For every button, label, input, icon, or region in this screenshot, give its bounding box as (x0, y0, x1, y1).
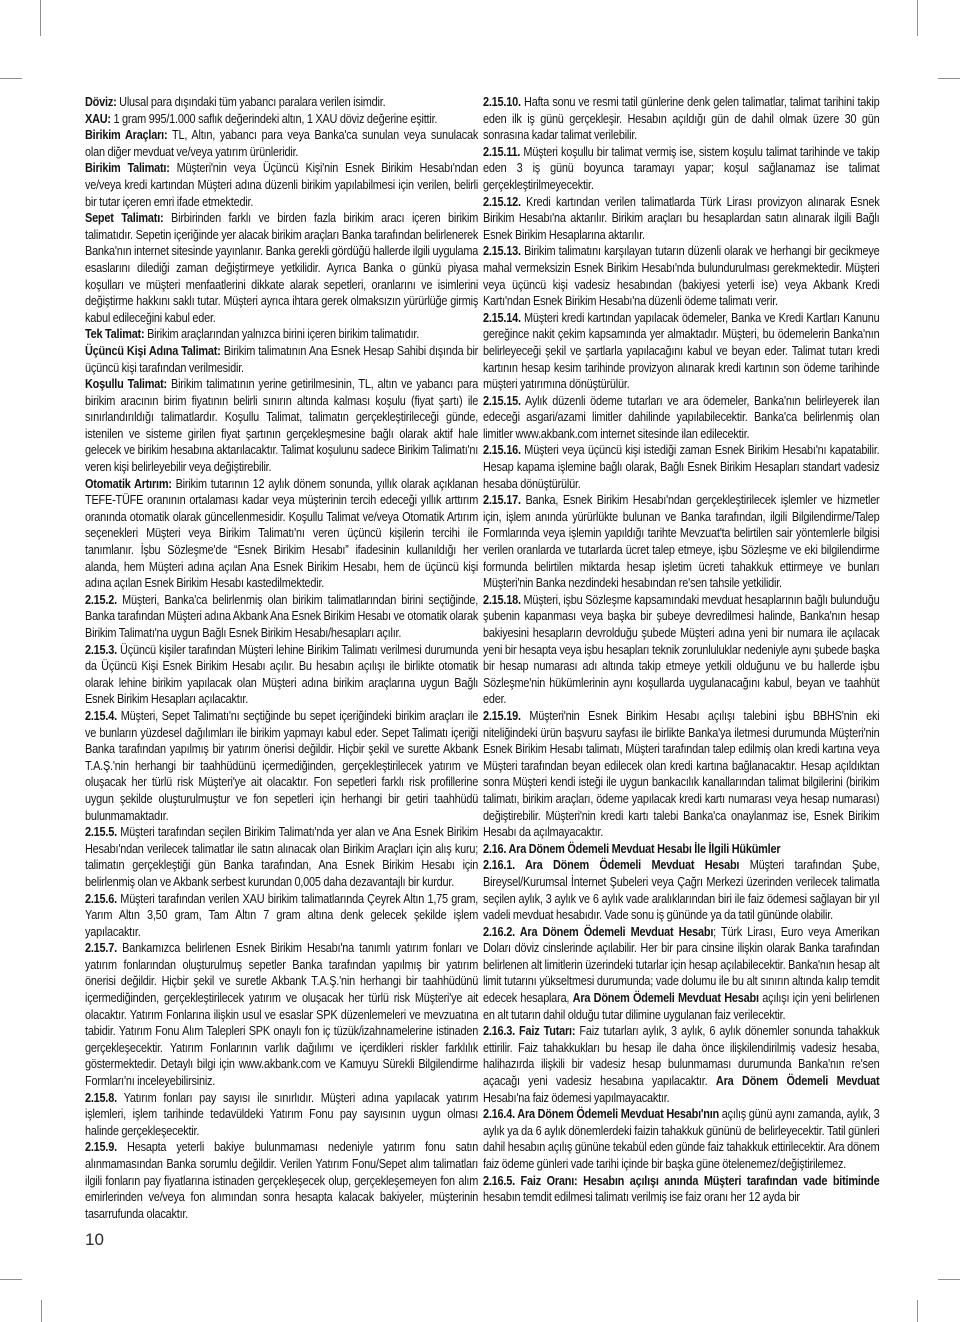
body-text: Müşteri, işbu Sözleşme kapsamındaki mevd… (483, 592, 879, 707)
bold-lead-text: Birikim Talimatı: (85, 160, 170, 175)
paragraph: 2.15.11. Müşteri koşullu bir talimat ver… (483, 144, 879, 194)
body-text: Birikim talimatını karşılayan tutarın dü… (483, 243, 879, 308)
body-text: Bankamızca belirlenen Esnek Birikim Hesa… (85, 940, 478, 1088)
paragraph: 2.15.4. Müşteri, Sepet Talimatı'nı seçti… (85, 708, 478, 824)
bold-lead-text: XAU: (85, 111, 111, 126)
bold-lead-text: 2.16.5. Faiz Oranı: Hesabın açılışı anın… (483, 1173, 879, 1188)
bold-lead-text: 2.15.13. (483, 243, 521, 258)
bold-lead-text: 2.16.2. Ara Dönem Ödemeli Mevduat Hesabı (483, 924, 713, 939)
paragraph: 2.15.8. Yatırım fonları pay sayısı ile s… (85, 1090, 478, 1140)
bold-lead-text: Döviz: (85, 94, 117, 109)
body-text: Birbirinden farklı ve birden fazla birik… (85, 210, 478, 325)
crop-mark-top-right-vertical (917, 0, 918, 36)
bold-lead-text: 2.15.16. (483, 442, 521, 457)
bold-lead-text: 2.15.19. (483, 708, 521, 723)
bold-lead-text: 2.15.6. (85, 891, 117, 906)
bold-lead-text: Otomatik Artırım: (85, 476, 172, 491)
body-text: Kredi kartından verilen talimatlarda Tür… (483, 194, 879, 242)
body-text: 1 gram 995/1.000 saflık değerindeki altı… (111, 111, 437, 126)
paragraph: 2.16.5. Faiz Oranı: Hesabın açılışı anın… (483, 1173, 879, 1206)
paragraph: 2.16.3. Faiz Tutarı: Faiz tutarları aylı… (483, 1023, 879, 1106)
body-text: Üçüncü kişiler tarafından Müşteri lehine… (85, 642, 478, 707)
crop-mark-top-left-horizontal (0, 78, 22, 79)
crop-mark-top-left-vertical (40, 0, 41, 36)
paragraph: 2.15.13. Birikim talimatını karşılayan t… (483, 243, 879, 309)
bold-lead-text: 2.15.4. (85, 708, 117, 723)
body-text: Müşteri tarafından seçilen Birikim Talim… (85, 824, 478, 889)
body-text: Yatırım fonları pay sayısı ile sınırlıdı… (85, 1090, 478, 1138)
paragraph: Koşullu Talimat: Birikim talimatının yer… (85, 376, 478, 476)
paragraph: Üçüncü Kişi Adına Talimat: Birikim talim… (85, 343, 478, 376)
body-text: Müşteri kredi kartından yapılacak ödemel… (483, 310, 879, 391)
crop-mark-top-right-horizontal (938, 78, 960, 79)
body-text: Müşteri'nin Esnek Birikim Hesabı açılışı… (483, 708, 879, 839)
paragraph: Otomatik Artırım: Birikim tutarının 12 a… (85, 476, 478, 592)
paragraph: 2.16.4. Ara Dönem Ödemeli Mevduat Hesabı… (483, 1106, 879, 1172)
bold-lead-text: Üçüncü Kişi Adına Talimat: (85, 343, 221, 358)
paragraph: XAU: 1 gram 995/1.000 saflık değerindeki… (85, 111, 478, 128)
bold-lead-text: Koşullu Talimat: (85, 376, 167, 391)
bold-lead-text: 2.15.15. (483, 393, 521, 408)
paragraph: 2.15.18. Müşteri, işbu Sözleşme kapsamın… (483, 592, 879, 708)
paragraph: Döviz: Ulusal para dışındaki tüm yabancı… (85, 94, 478, 111)
body-text: Aylık düzenli ödeme tutarları ve ara öde… (483, 393, 879, 441)
body-text: Hafta sonu ve resmi tatil günlerine denk… (483, 94, 879, 142)
bold-lead-text: Ara Dönem Ödemeli Mevduat Hesabı (573, 990, 759, 1005)
text-column-left: Döviz: Ulusal para dışındaki tüm yabancı… (85, 94, 478, 1222)
bold-lead-text: Tek Talimat: (85, 326, 144, 341)
bold-lead-text: Ara Dönem Ödemeli Mevduat (716, 1073, 880, 1088)
paragraph: 2.15.16. Müşteri veya üçüncü kişi istedi… (483, 442, 879, 492)
paragraph: 2.15.17. Banka, Esnek Birikim Hesabı'nda… (483, 492, 879, 592)
paragraph: 2.15.3. Üçüncü kişiler tarafından Müşter… (85, 642, 478, 708)
crop-mark-bottom-left-horizontal (0, 1279, 22, 1280)
bold-lead-text: 2.15.11. (483, 144, 520, 159)
crop-mark-bottom-right-horizontal (938, 1279, 960, 1280)
paragraph: 2.16.1. Ara Dönem Ödemeli Mevduat Hesabı… (483, 857, 879, 923)
bold-lead-text: 2.16.3. Faiz Tutarı: (483, 1023, 575, 1038)
paragraph: 2.15.2. Müşteri, Banka'ca belirlenmiş ol… (85, 592, 478, 642)
bold-lead-text: 2.16.1. Ara Dönem Ödemeli Mevduat Hesabı (483, 857, 739, 872)
paragraph: Birikim Araçları: TL, Altın, yabancı par… (85, 127, 478, 160)
paragraph: 2.15.7. Bankamızca belirlenen Esnek Biri… (85, 940, 478, 1089)
page-number: 10 (85, 1230, 104, 1250)
bold-lead-text: 2.15.2. (85, 592, 117, 607)
bold-lead-text: 2.15.9. (85, 1139, 117, 1154)
paragraph: 2.15.19. Müşteri'nin Esnek Birikim Hesab… (483, 708, 879, 841)
paragraph: 2.15.15. Aylık düzenli ödeme tutarları v… (483, 393, 879, 443)
paragraph: 2.15.5. Müşteri tarafından seçilen Birik… (85, 824, 478, 890)
crop-mark-bottom-right-vertical (917, 1300, 918, 1322)
bold-lead-text: 2.15.5. (85, 824, 117, 839)
paragraph: 2.15.9. Hesapta yeterli bakiye bulunmama… (85, 1139, 478, 1222)
bold-lead-text: 2.16.4. Ara Dönem Ödemeli Mevduat Hesabı… (483, 1106, 719, 1121)
bold-lead-text: 2.15.8. (85, 1090, 117, 1105)
paragraph: Birikim Talimatı: Müşteri'nin veya Üçünc… (85, 160, 478, 210)
bold-lead-text: Sepet Talimatı: (85, 210, 163, 225)
body-text: Müşteri veya üçüncü kişi istediği zaman … (483, 442, 879, 490)
body-text: Müşteri tarafından verilen XAU birikim t… (85, 891, 478, 939)
body-text: hesabın temdit edilmesi talimatı verilmi… (483, 1189, 800, 1204)
paragraph: 2.15.10. Hafta sonu ve resmi tatil günle… (483, 94, 879, 144)
body-text: Müşteri, Sepet Talimatı'nı seçtiğinde bu… (85, 708, 478, 823)
paragraph: 2.15.6. Müşteri tarafından verilen XAU b… (85, 891, 478, 941)
body-text: Hesapta yeterli bakiye bulunmaması neden… (85, 1139, 478, 1220)
bold-lead-text: 2.15.7. (85, 940, 117, 955)
section-heading: 2.16. Ara Dönem Ödemeli Mevduat Hesabı İ… (483, 841, 879, 858)
body-text: Birikim tutarının 12 aylık dönem sonunda… (85, 476, 478, 591)
bold-lead-text: 2.15.10. (483, 94, 521, 109)
paragraph: 2.15.14. Müşteri kredi kartından yapılac… (483, 310, 879, 393)
bold-lead-text: 2.15.12. (483, 194, 521, 209)
paragraph: Sepet Talimatı: Birbirinden farklı ve bi… (85, 210, 478, 326)
body-text: Birikim araçlarından yalnızca birini içe… (144, 326, 419, 341)
bold-lead-text: 2.15.18. (483, 592, 521, 607)
body-text: Müşteri koşullu bir talimat vermiş ise, … (483, 144, 879, 192)
body-text: Banka, Esnek Birikim Hesabı'ndan gerçekl… (483, 492, 879, 590)
bold-lead-text: Birikim Araçları: (85, 127, 167, 142)
body-text: Hesabı'na faiz ödemesi yapılmayacaktır. (483, 1090, 669, 1105)
text-column-right: 2.15.10. Hafta sonu ve resmi tatil günle… (483, 94, 879, 1206)
bold-lead-text: 2.16. Ara Dönem Ödemeli Mevduat Hesabı İ… (483, 841, 780, 856)
body-text: Ulusal para dışındaki tüm yabancı parala… (117, 94, 386, 109)
paragraph: Tek Talimat: Birikim araçlarından yalnız… (85, 326, 478, 343)
bold-lead-text: 2.15.17. (483, 492, 521, 507)
crop-mark-bottom-left-vertical (41, 1300, 42, 1322)
paragraph: 2.16.2. Ara Dönem Ödemeli Mevduat Hesabı… (483, 924, 879, 1024)
bold-lead-text: 2.15.3. (85, 642, 117, 657)
bold-lead-text: 2.15.14. (483, 310, 521, 325)
body-text: Müşteri, Banka'ca belirlenmiş olan birik… (85, 592, 478, 640)
paragraph: 2.15.12. Kredi kartından verilen talimat… (483, 194, 879, 244)
